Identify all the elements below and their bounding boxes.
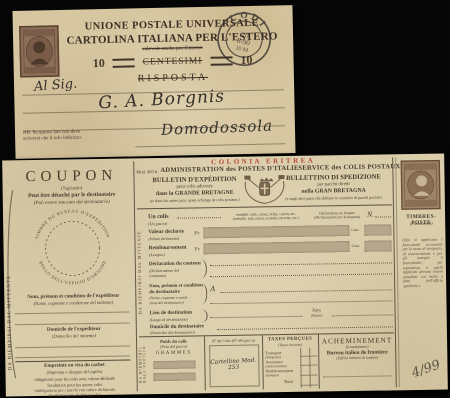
contenu-line1 [210, 262, 392, 266]
postmark-town: LODI [227, 7, 271, 33]
weight-field [154, 372, 196, 381]
colis-packing-it: (imballo: tela, cassa, scatola, cartone,… [223, 216, 309, 222]
svg-text:LODI: LODI [227, 7, 271, 33]
remb-label-fr: Remboursement [149, 245, 187, 252]
sender-label-it: (Nome, cognome e condizione del mittente… [14, 299, 132, 306]
tax-remb-it: (assegno) [266, 373, 294, 377]
value-left: 10 [93, 56, 105, 70]
dest-brace [201, 283, 207, 304]
svg-text:BOLLO DELL'UFFICIO D'ORIGINE: BOLLO DELL'UFFICIO D'ORIGINE [38, 259, 107, 286]
lieu-brace [202, 309, 208, 322]
coupon-rule [15, 312, 130, 315]
seal-label-it: (Impronta o disegno del sigillo) [15, 368, 133, 375]
address-line-rule [135, 143, 285, 147]
tax-row-transport: Transport (Trasporto) [265, 350, 281, 359]
eritrea-parcel-stamp-icon [400, 160, 441, 211]
form-side-vertical-label: DA RIEMPIRSI DAL MITTENTE [136, 212, 143, 332]
remb-label-it: (Assegno) [149, 252, 165, 257]
bulletin-fr-l4: (et dans les autres pays ayant échange d… [139, 197, 251, 204]
circle-bottom-label: BOLLO DELL'UFFICIO D'ORIGINE [38, 259, 107, 286]
form-model-number: Mod. 403 b. [136, 169, 158, 174]
francobolli-subtitle: (Francobolli) [397, 221, 445, 227]
coupon-rule [15, 355, 130, 358]
tax-grid-col [309, 348, 311, 388]
numero-label: N. [367, 210, 374, 219]
umberto-effigy-stamp-icon [19, 25, 60, 78]
tax-grid-row [300, 356, 317, 357]
valeur-cent-field [364, 224, 391, 235]
douane-it: (Dichiarazioni per la dogana) [311, 215, 363, 220]
colis-packing-note: emballé: toile, caisse, boîte, carton, e… [223, 212, 309, 222]
contenu-line2 [210, 273, 392, 277]
circle-top-label: TIMBRE DU BUREAU D'EXPÉDITION [33, 208, 110, 240]
tax-grid-col [300, 348, 302, 388]
seal-note4: facoltativa per gli altri pacchi) [16, 391, 134, 397]
risposta-label: RISPOSTA [60, 70, 286, 86]
tax-grid-row [301, 375, 318, 376]
stamp-placement-note: (Qui si applicano i francobolli occorren… [402, 238, 443, 289]
lieu-label-fr: Lieu de destination [150, 310, 192, 317]
svg-text:TIMBRE DU BUREAU D'EXPÉDITION: TIMBRE DU BUREAU D'EXPÉDITION [33, 208, 110, 240]
taxes-subtitle: (Tasse riscosse) [264, 343, 316, 348]
colis-label-fr: Un colis [148, 214, 169, 220]
coupon-rule [15, 345, 130, 348]
coupon-title: COUPON [12, 167, 130, 186]
valeur-label-fr: Valeur déclarée [148, 229, 184, 236]
lieu-label-it: (Luogo di destinazione) [150, 317, 188, 323]
coupon-subtitle: (Tagliando) [13, 184, 131, 191]
tax-grid-row [300, 365, 317, 366]
valeur-label-it: (Valore dichiarato) [148, 236, 179, 241]
handwritten-salutation: Al Sig. [34, 76, 78, 94]
tax-grid-row [301, 385, 318, 386]
nb-note: NB. Su questo lato non deve scriversi ch… [23, 128, 143, 142]
value-word: CENTESIMI [143, 56, 203, 67]
poids-label-it: (Peso del pacco) [145, 343, 202, 349]
contenu-label-it2: contenuto) [149, 273, 166, 278]
dom-dest-label-it: (Domicilio del destinatario) [150, 329, 195, 335]
taxes-title: TAXES PERÇUES [264, 337, 316, 343]
tax-total-label: Total [284, 379, 293, 384]
douane-note: Déclarations en douane (Dichiarazioni pe… [311, 211, 363, 221]
dest-a-label: A [210, 284, 215, 293]
dest-label-fr2: du destinataire [149, 290, 180, 295]
remb-cent-field [364, 240, 391, 251]
sender-domicile-it: (Domicilio del mittente) [15, 332, 133, 339]
parcel-dispatch-form: DA RIEMPIRSI DAL MITTENTE COUPON (Taglia… [2, 154, 448, 397]
weight-field [153, 360, 195, 369]
lieu-line2 [333, 314, 393, 316]
paese-label: (Paese) [305, 313, 329, 317]
ncolis-label-it: (N° del pacco) [232, 338, 255, 343]
dest-label-it1: (Nome, cognome e condi- [149, 296, 188, 301]
remb-cent-abbr: Cent. [352, 244, 360, 248]
dom-dest-line [217, 326, 393, 330]
ncolis-label-fr: N° du Colis [212, 338, 231, 343]
contenu-label-fr: Déclaration du contenu [149, 260, 201, 267]
weight-box: Poids du colis (Peso del pacco) GRAMMES [145, 338, 202, 356]
contenu-brace [201, 259, 207, 278]
valeur-fr-abbr: Fr. [194, 231, 200, 236]
remb-amount-field [203, 241, 349, 254]
coupon-section: COUPON (Tagliando) Peut être détaché par… [12, 158, 130, 160]
cartellino-note: Cartellino Mod. 253 [209, 358, 258, 372]
tax-row-remboursement: Remboursement (assegno) [265, 368, 293, 377]
bulletin-it-l4: (e negli altri paesi che abbiano lo scam… [277, 194, 391, 201]
bulletin-it-block: BULLETTINO DI SPEDIZIONE per pacchi dire… [276, 173, 390, 201]
coupon-detach-fr: Peut être détaché par le destinataire [13, 191, 131, 199]
routing-box: ACHEMINEMENT (Istradamento) Bureau itali… [320, 336, 394, 360]
colis-label-it: (Un pacco) [148, 221, 167, 226]
service-fr: SERVICE des COLIS POSTAUX [298, 163, 400, 172]
bulletin-fr-block: BULLETIN D'EXPÉDITION pour colis adressé… [138, 176, 250, 204]
pays-label: Pays [305, 307, 329, 312]
colis-dotted-line [177, 217, 221, 219]
dest-label-it2: zione del destinatario) [149, 301, 183, 306]
handwritten-city: Domodossola [161, 117, 274, 139]
dest-line2 [210, 300, 392, 304]
numero-dotted-line [375, 216, 391, 217]
origin-stamp-circle-icon: TIMBRE DU BUREAU D'EXPÉDITION BOLLO DELL… [24, 205, 121, 292]
valeur-amount-field [203, 225, 349, 238]
dest-label-fr1: Nom, prénom et condition [149, 283, 203, 289]
dest-line1 [220, 289, 392, 293]
box-divider [204, 336, 206, 390]
lieu-line1 [211, 316, 303, 318]
remb-fr-abbr: Fr. [195, 247, 201, 252]
tax-row-assurance: Assurance (Assicurazione) [265, 359, 286, 368]
reply-postcard: UNIONE POSTALE UNIVERSALE CARTOLINA ITAL… [12, 5, 295, 159]
routing-line [324, 375, 392, 377]
grammes-label: GRAMMES [145, 350, 202, 356]
pencil-collector-mark: 4/99 [410, 358, 442, 382]
valeur-cent-abbr: Cent. [351, 228, 359, 232]
parcel-number-box: N° du Colis (N° del pacco) [206, 337, 261, 343]
overprint-bar-icon [113, 58, 135, 67]
